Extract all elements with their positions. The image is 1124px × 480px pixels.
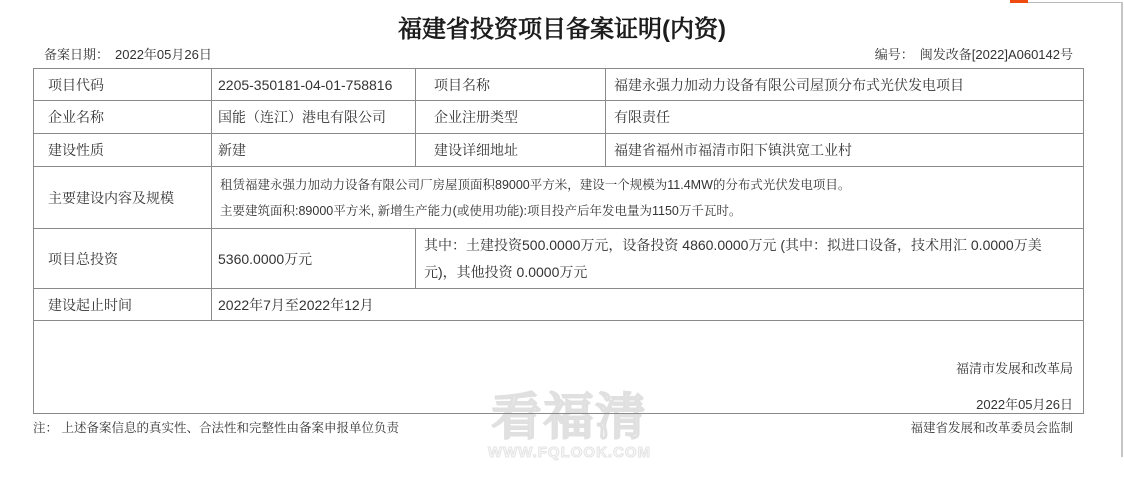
table-row-construction: 建设性质 新建 建设详细地址 福建省福州市福清市阳下镇洪宽工业村 (34, 134, 1084, 167)
content-scale-value: 租赁福建永强力加动力设备有限公司厂房屋顶面积89000平方米，建设一个规模为11… (212, 167, 1084, 229)
frame-top-line (1028, 2, 1122, 3)
page-title: 福建省投资项目备案证明(内资) (0, 9, 1124, 44)
frame-right-line (1121, 2, 1123, 457)
content-scale-line1: 租赁福建永强力加动力设备有限公司厂房屋顶面积89000平方米，建设一个规模为11… (220, 172, 1082, 198)
project-name-label: 项目名称 (416, 69, 606, 101)
filing-table: 项目代码 2205-350181-04-01-758816 项目名称 福建永强力… (33, 68, 1084, 414)
project-code-value: 2205-350181-04-01-758816 (212, 69, 416, 101)
footer-note: 注： 上述备案信息的真实性、合法性和完整性由备案申报单位负责 (33, 418, 399, 436)
construction-period-label: 建设起止时间 (34, 289, 212, 321)
company-type-label: 企业注册类型 (416, 101, 606, 134)
construction-nature-label: 建设性质 (34, 134, 212, 167)
company-type-value: 有限责任 (606, 101, 1084, 134)
issue-date: 2022年05月26日 (34, 394, 1073, 413)
content-scale-label: 主要建设内容及规模 (34, 167, 212, 229)
content-scale-line2: 主要建筑面积:89000平方米, 新增生产能力(或使用功能):项目投产后年发电量… (220, 198, 1082, 224)
table-row-content-scale: 主要建设内容及规模 租赁福建永强力加动力设备有限公司厂房屋顶面积89000平方米… (34, 167, 1084, 229)
construction-period-value: 2022年7月至2022年12月 (212, 289, 1084, 321)
footer-supervisor: 福建省发展和改革委员会监制 (910, 418, 1073, 436)
filing-date-line: 备案日期：2022年05月26日 (44, 44, 212, 63)
company-name-value: 国能（连江）港电有限公司 (212, 101, 416, 134)
construction-nature-value: 新建 (212, 134, 416, 167)
project-name-value: 福建永强力加动力设备有限公司屋顶分布式光伏发电项目 (606, 69, 1084, 101)
address-label: 建设详细地址 (416, 134, 606, 167)
certificate-number-value: 闽发改备[2022]A060142号 (920, 47, 1073, 62)
project-code-label: 项目代码 (34, 69, 212, 101)
signature-cell: 福清市发展和改革局 2022年05月26日 (34, 321, 1084, 414)
company-name-label: 企业名称 (34, 101, 212, 134)
table-row-company: 企业名称 国能（连江）港电有限公司 企业注册类型 有限责任 (34, 101, 1084, 134)
investment-breakdown: 其中：土建投资500.0000万元，设备投资 4860.0000万元 (其中：拟… (416, 229, 1084, 289)
table-row-signature: 福清市发展和改革局 2022年05月26日 (34, 321, 1084, 414)
total-investment-label: 项目总投资 (34, 229, 212, 289)
watermark-url: WWW.FQLOOK.COM (462, 444, 677, 461)
table-row-investment: 项目总投资 5360.0000万元 其中：土建投资500.0000万元，设备投资… (34, 229, 1084, 289)
address-value: 福建省福州市福清市阳下镇洪宽工业村 (606, 134, 1084, 167)
total-investment-value: 5360.0000万元 (212, 229, 416, 289)
filing-date-label: 备案日期： (44, 47, 109, 62)
certificate-page: 福建省投资项目备案证明(内资) 备案日期：2022年05月26日 编号：闽发改备… (0, 0, 1124, 480)
filing-date-value: 2022年05月26日 (115, 47, 212, 62)
table-row-project: 项目代码 2205-350181-04-01-758816 项目名称 福建永强力… (34, 69, 1084, 101)
certificate-number-label: 编号： (875, 47, 914, 62)
table-row-period: 建设起止时间 2022年7月至2022年12月 (34, 289, 1084, 321)
orange-accent-tab (1010, 0, 1028, 3)
certificate-number-line: 编号：闽发改备[2022]A060142号 (875, 44, 1073, 63)
issuer-name: 福清市发展和改革局 (34, 358, 1073, 377)
